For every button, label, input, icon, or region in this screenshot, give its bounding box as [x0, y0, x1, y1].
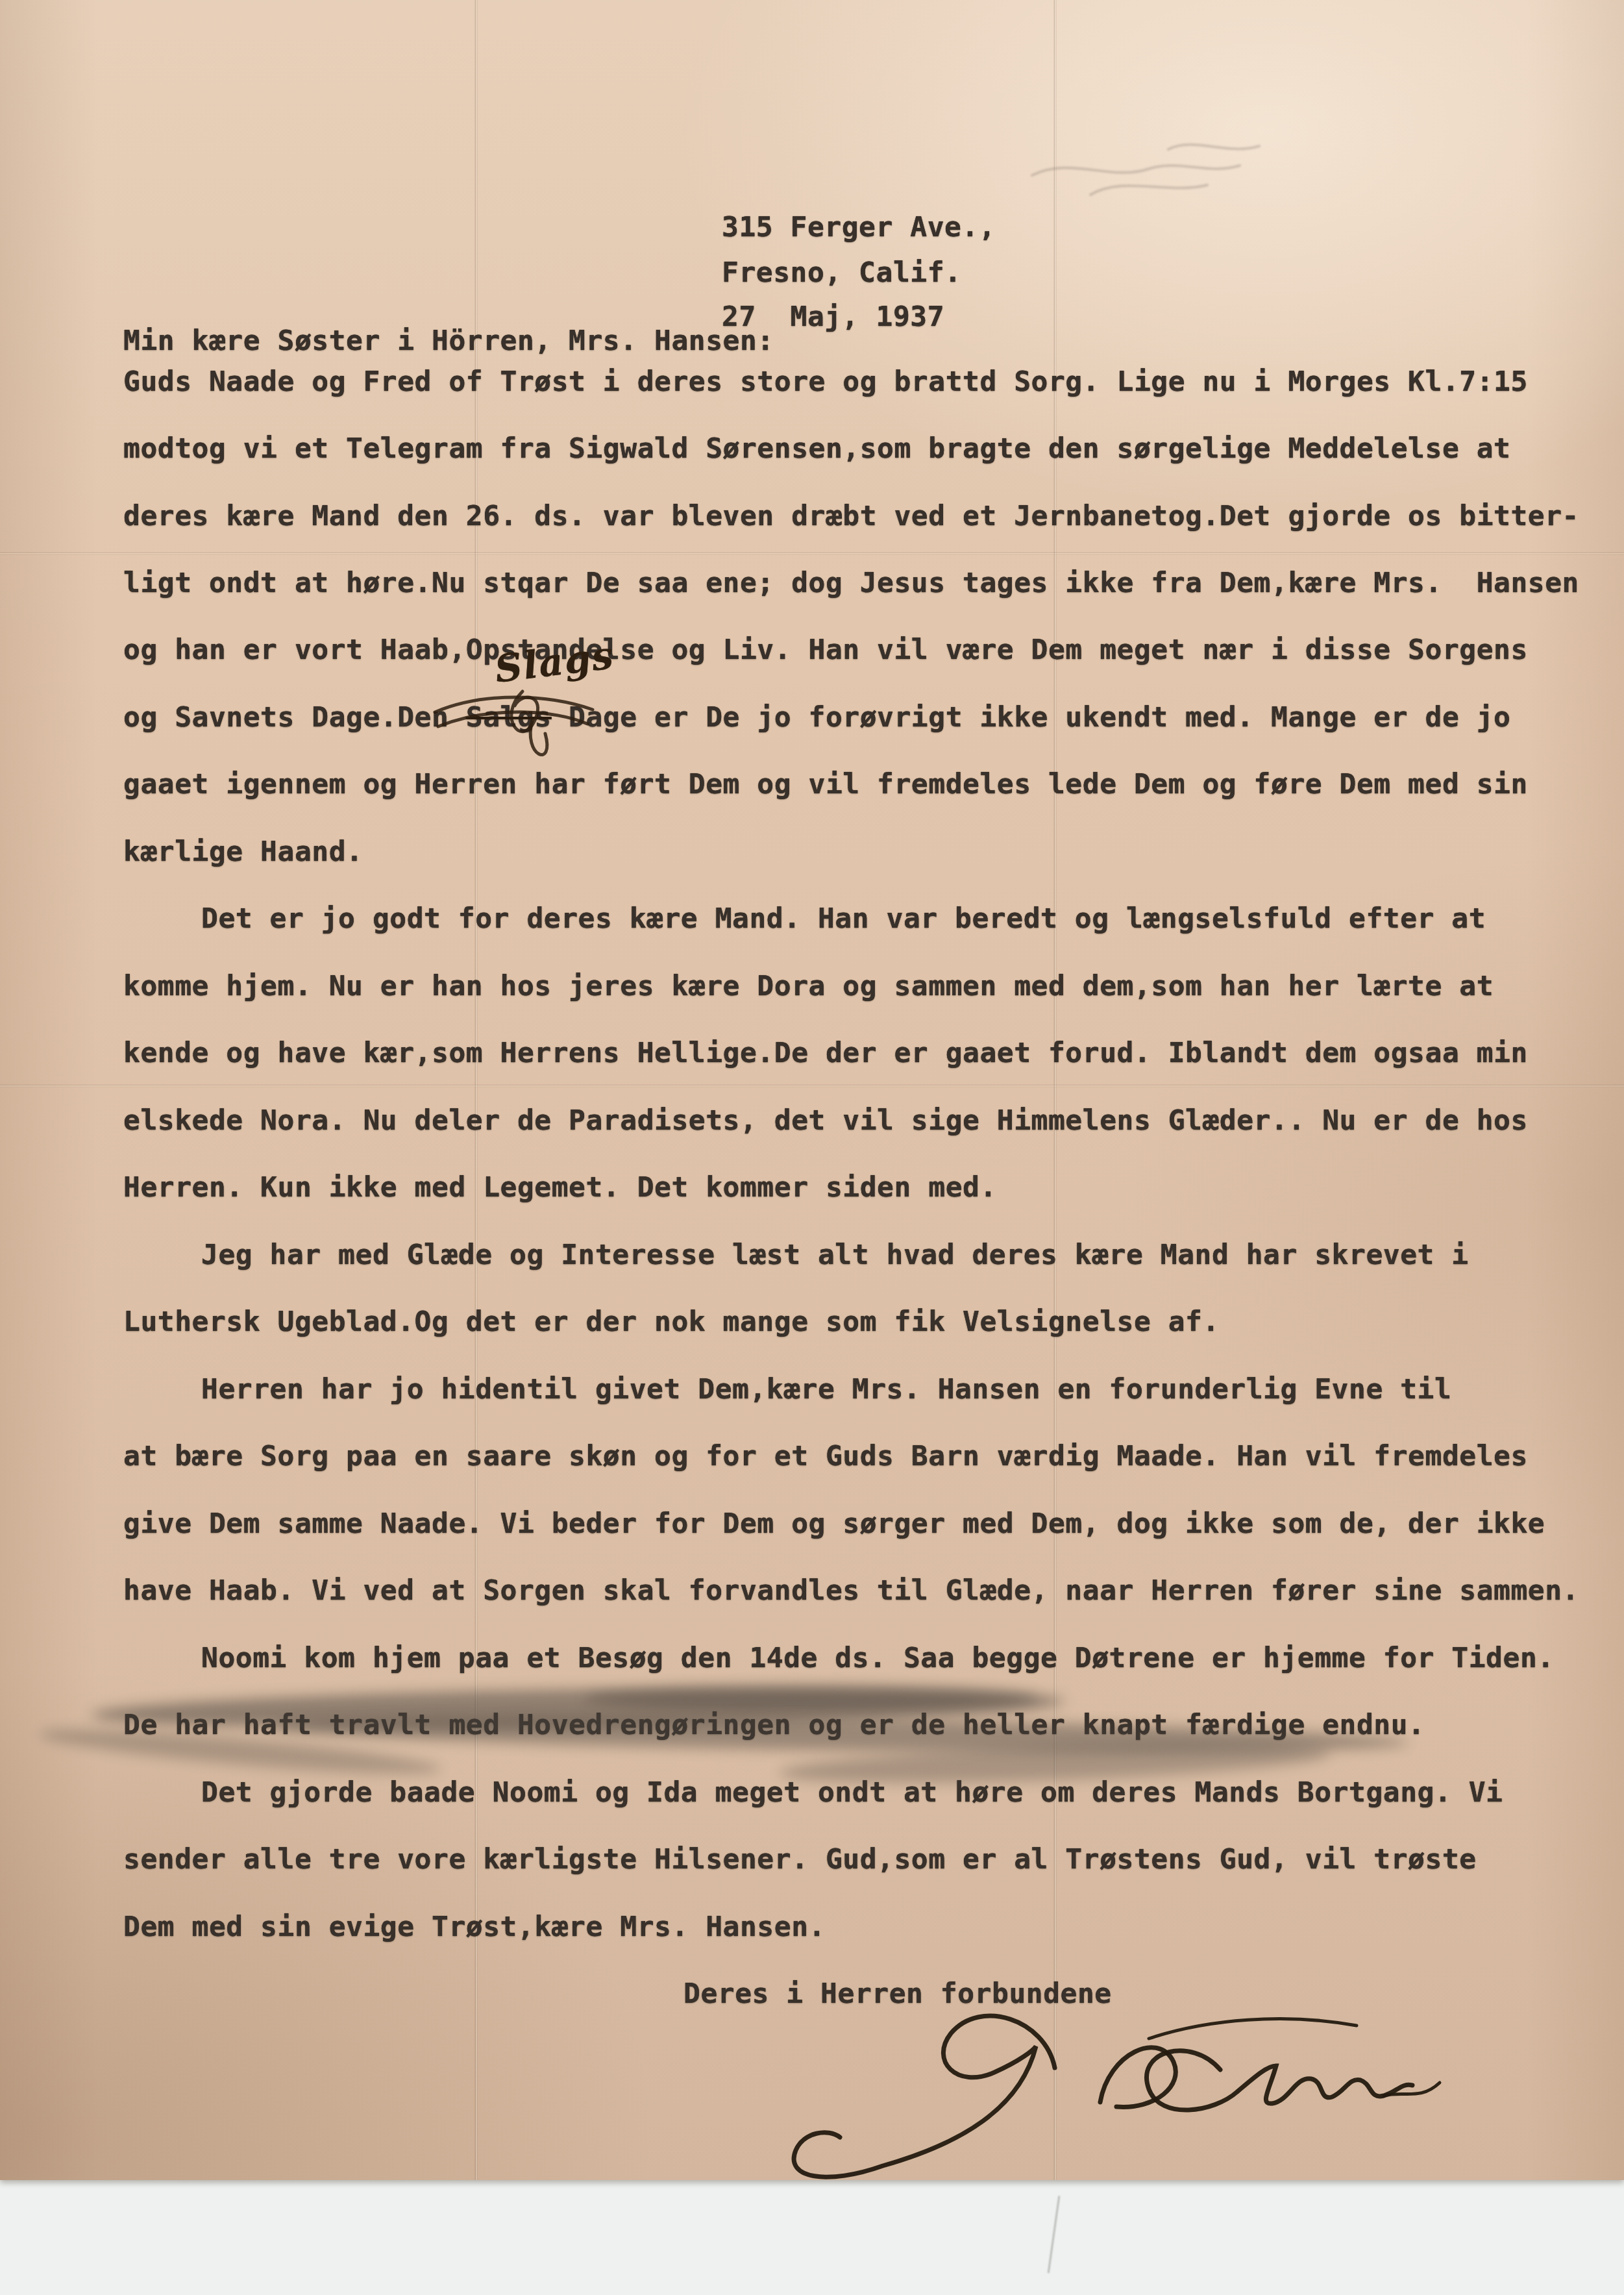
body-line: deres kære Mand den 26. ds. var bleven d…	[123, 500, 1579, 532]
body-line: Det er jo godt for deres kære Mand. Han …	[201, 902, 1486, 935]
pen-scribble-over-word	[425, 672, 600, 769]
signature-handwriting: J. P. Christiansen	[701, 1993, 1447, 2181]
body-line: have Haab. Vi ved at Sorgen skal forvand…	[123, 1574, 1579, 1607]
body-line: Luthersk Ugeblad.Og det er der nok mange…	[123, 1306, 1220, 1338]
body-line: modtog vi et Telegram fra Sigwald Sørens…	[123, 432, 1510, 465]
horizontal-fold-crease-upper	[0, 552, 1624, 555]
salutation: Min kære Søster i Hörren, Mrs. Hansen:	[123, 325, 774, 357]
body-line: Noomi kom hjem paa et Besøg den 14de ds.…	[201, 1642, 1555, 1674]
body-line: Jeg har med Glæde og Interesse læst alt …	[201, 1239, 1469, 1271]
body-line: Herren. Kun ikke med Legemet. Det kommer…	[123, 1171, 997, 1204]
body-line: og han er vort Haab,Opstandelse og Liv. …	[123, 634, 1528, 666]
body-line: Herren har jo hidentil givet Dem,kære Mr…	[201, 1373, 1451, 1406]
line-segment-after: Dage er De jo forøvrigt ikke ukendt med.…	[552, 701, 1511, 734]
line-segment-before: og Savnets Dage.Den	[123, 701, 466, 734]
horizontal-fold-crease-middle	[0, 1084, 1624, 1087]
body-line: sender alle tre vore kærligste Hilsener.…	[123, 1843, 1477, 1876]
body-line-with-correction: og Savnets Dage.Den Salgs Dage er De jo …	[123, 701, 1510, 734]
body-line: kende og have kær,som Herrens Hellige.De…	[123, 1037, 1528, 1069]
body-line: Guds Naade og Fred of Trøst i deres stor…	[123, 366, 1528, 398]
body-line: kærlige Haand.	[123, 836, 363, 868]
body-line: Dem med sin evige Trøst,kære Mrs. Hansen…	[123, 1911, 826, 1943]
ink-transfer-smudge	[1013, 97, 1350, 221]
body-line: at bære Sorg paa en saare skøn og for et…	[123, 1440, 1528, 1472]
scanner-glass-mark	[1048, 2196, 1063, 2274]
body-line: ligt ondt at høre.Nu stqar De saa ene; d…	[123, 567, 1579, 599]
letter-paper: 315 Ferger Ave., Fresno, Calif. 27 Maj, …	[0, 0, 1624, 2180]
scanned-letter: 315 Ferger Ave., Fresno, Calif. 27 Maj, …	[0, 0, 1624, 2295]
body-line: give Dem samme Naade. Vi beder for Dem o…	[123, 1507, 1545, 1540]
body-line: gaaet igennem og Herren har ført Dem og …	[123, 768, 1528, 800]
sender-address-line1: 315 Ferger Ave.,	[722, 211, 996, 243]
body-line: komme hjem. Nu er han hos jeres kære Dor…	[123, 970, 1494, 1002]
body-line: elskede Nora. Nu deler de Paradisets, de…	[123, 1104, 1528, 1137]
sender-address-line2: Fresno, Calif.	[722, 256, 961, 289]
pencil-smudge	[584, 1685, 1039, 1711]
